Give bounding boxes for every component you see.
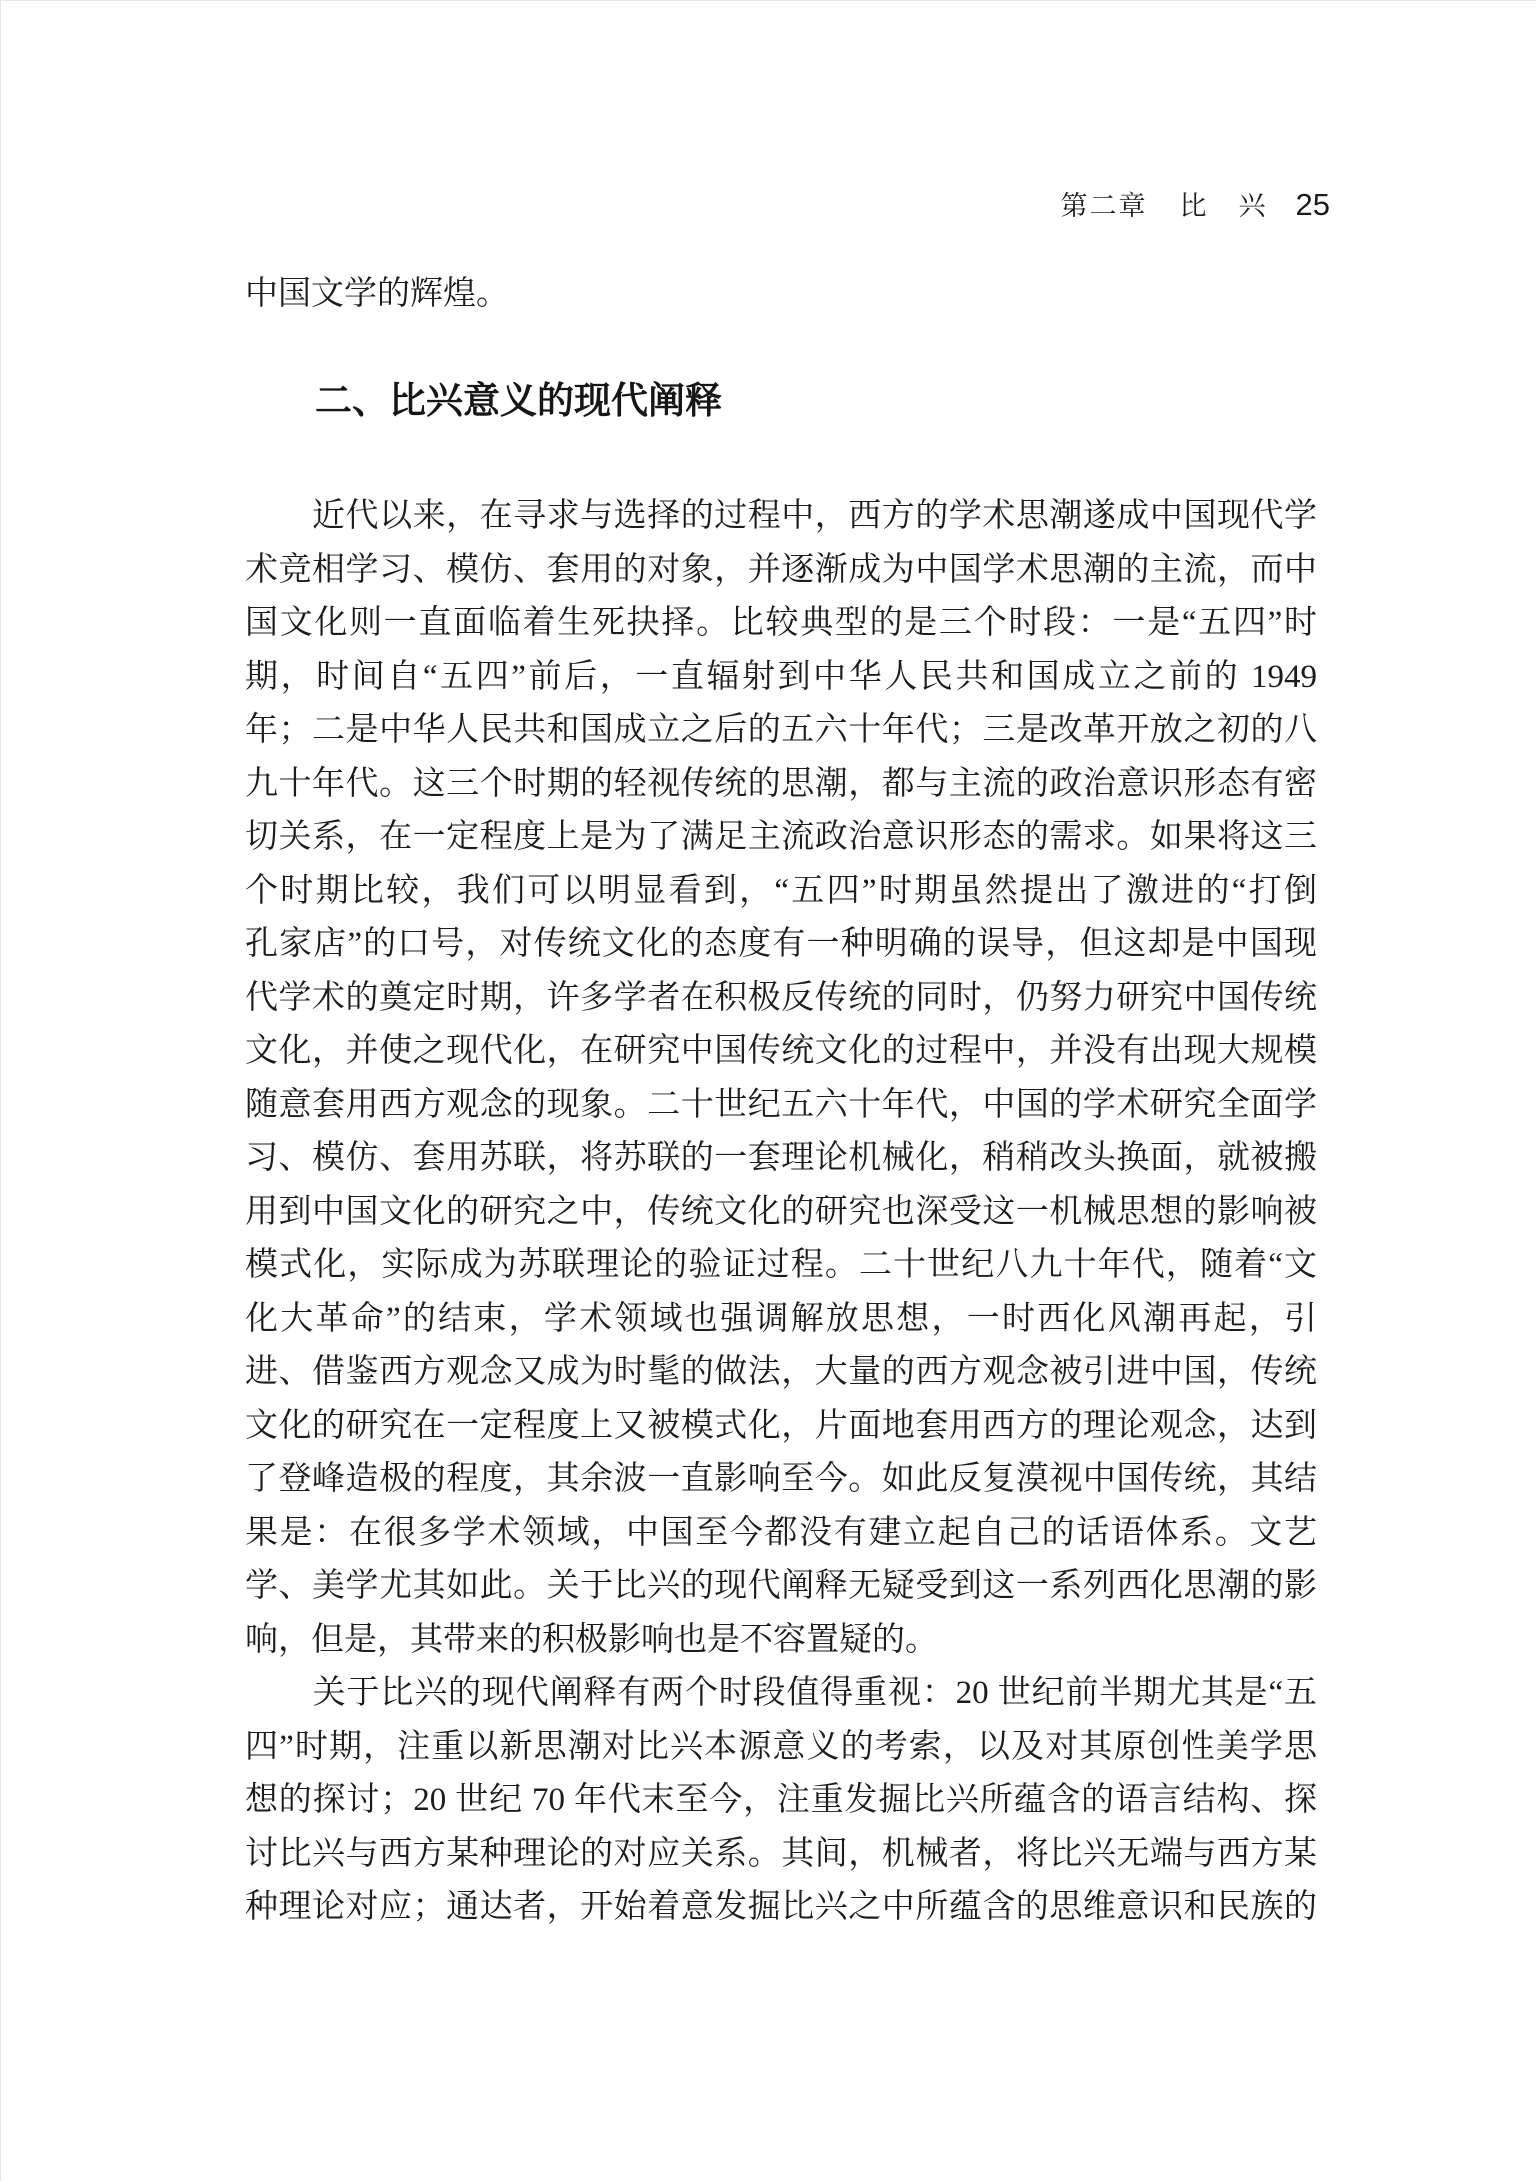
paragraph-2: 关于比兴的现代阐释有两个时段值得重视：20 世纪前半期尤其是“五四”时期，注重以… (245, 1667, 1317, 1935)
section-heading: 二、比兴意义的现代阐释 (245, 378, 1317, 424)
paragraph-line: 进、借鉴西方观念又成为时髦的做法，大量的西方观念被引进中国，传统 (245, 1346, 1317, 1400)
paragraph-line: 关于比兴的现代阐释有两个时段值得重视：20 世纪前半期尤其是“五 (245, 1667, 1317, 1721)
book-page: 第二章比兴25 中国文学的辉煌。 二、比兴意义的现代阐释 近代以来，在寻求与选择… (0, 0, 1536, 2181)
paragraph-line: 化大革命”的结束，学术领域也强调解放思想，一时西化风潮再起，引 (245, 1293, 1317, 1347)
paragraph-continuation-line: 中国文学的辉煌。 (245, 268, 1317, 321)
paragraph-line: 学、美学尤其如此。关于比兴的现代阐释无疑受到这一系列西化思潮的影 (245, 1560, 1317, 1614)
paragraph-line: 九十年代。这三个时期的轻视传统的思潮，都与主流的政治意识形态有密 (245, 758, 1317, 812)
paragraph-line: 讨比兴与西方某种理论的对应关系。其间，机械者，将比兴无端与西方某 (245, 1828, 1317, 1882)
paragraph-line: 种理论对应；通达者，开始着意发掘比兴之中所蕴含的思维意识和民族的 (245, 1881, 1317, 1935)
paragraph-line: 随意套用西方观念的现象。二十世纪五六十年代，中国的学术研究全面学 (245, 1079, 1317, 1133)
paragraph-line: 了登峰造极的程度，其余波一直影响至今。如此反复漠视中国传统，其结 (245, 1453, 1317, 1507)
body-text: 近代以来，在寻求与选择的过程中，西方的学术思潮遂成中国现代学术竞相学习、模仿、套… (245, 490, 1317, 1935)
paragraph-line: 模式化，实际成为苏联理论的验证过程。二十世纪八九十年代，随着“文 (245, 1239, 1317, 1293)
paragraph-line: 果是：在很多学术领域，中国至今都没有建立起自己的话语体系。文艺 (245, 1507, 1317, 1561)
paragraph-line: 个时期比较，我们可以明显看到，“五四”时期虽然提出了激进的“打倒 (245, 865, 1317, 919)
paragraph-line: 响，但是，其带来的积极影响也是不容置疑的。 (245, 1614, 1317, 1668)
paragraph-line: 切关系，在一定程度上是为了满足主流政治意识形态的需求。如果将这三 (245, 811, 1317, 865)
paragraph-line: 文化，并使之现代化，在研究中国传统文化的过程中，并没有出现大规模 (245, 1025, 1317, 1079)
paragraph-line: 国文化则一直面临着生死抉择。比较典型的是三个时段：一是“五四”时 (245, 597, 1317, 651)
paragraph-line: 用到中国文化的研究之中，传统文化的研究也深受这一机械思想的影响被 (245, 1186, 1317, 1240)
paragraph-1: 近代以来，在寻求与选择的过程中，西方的学术思潮遂成中国现代学术竞相学习、模仿、套… (245, 490, 1317, 1667)
paragraph-line: 术竞相学习、模仿、套用的对象，并逐渐成为中国学术思潮的主流，而中 (245, 544, 1317, 598)
paragraph-line: 代学术的奠定时期，许多学者在积极反传统的同时，仍努力研究中国传统 (245, 972, 1317, 1026)
paragraph-line: 习、模仿、套用苏联，将苏联的一套理论机械化，稍稍改头换面，就被搬 (245, 1132, 1317, 1186)
paragraph-line: 近代以来，在寻求与选择的过程中，西方的学术思潮遂成中国现代学 (245, 490, 1317, 544)
paragraph-line: 期，时间自“五四”前后，一直辐射到中华人民共和国成立之前的 1949 (245, 651, 1317, 705)
paragraph-line: 年；二是中华人民共和国成立之后的五六十年代；三是改革开放之初的八 (245, 704, 1317, 758)
paragraph-line: 文化的研究在一定程度上又被模式化，片面地套用西方的理论观念，达到 (245, 1400, 1317, 1454)
paragraph-line: 四”时期，注重以新思潮对比兴本源意义的考索，以及对其原创性美学思 (245, 1721, 1317, 1775)
text-column: 中国文学的辉煌。 二、比兴意义的现代阐释 近代以来，在寻求与选择的过程中，西方的… (245, 0, 1317, 1935)
paragraph-line: 想的探讨；20 世纪 70 年代末至今，注重发掘比兴所蕴含的语言结构、探 (245, 1774, 1317, 1828)
paragraph-line: 孔家店”的口号，对传统文化的态度有一种明确的误导，但这却是中国现 (245, 918, 1317, 972)
